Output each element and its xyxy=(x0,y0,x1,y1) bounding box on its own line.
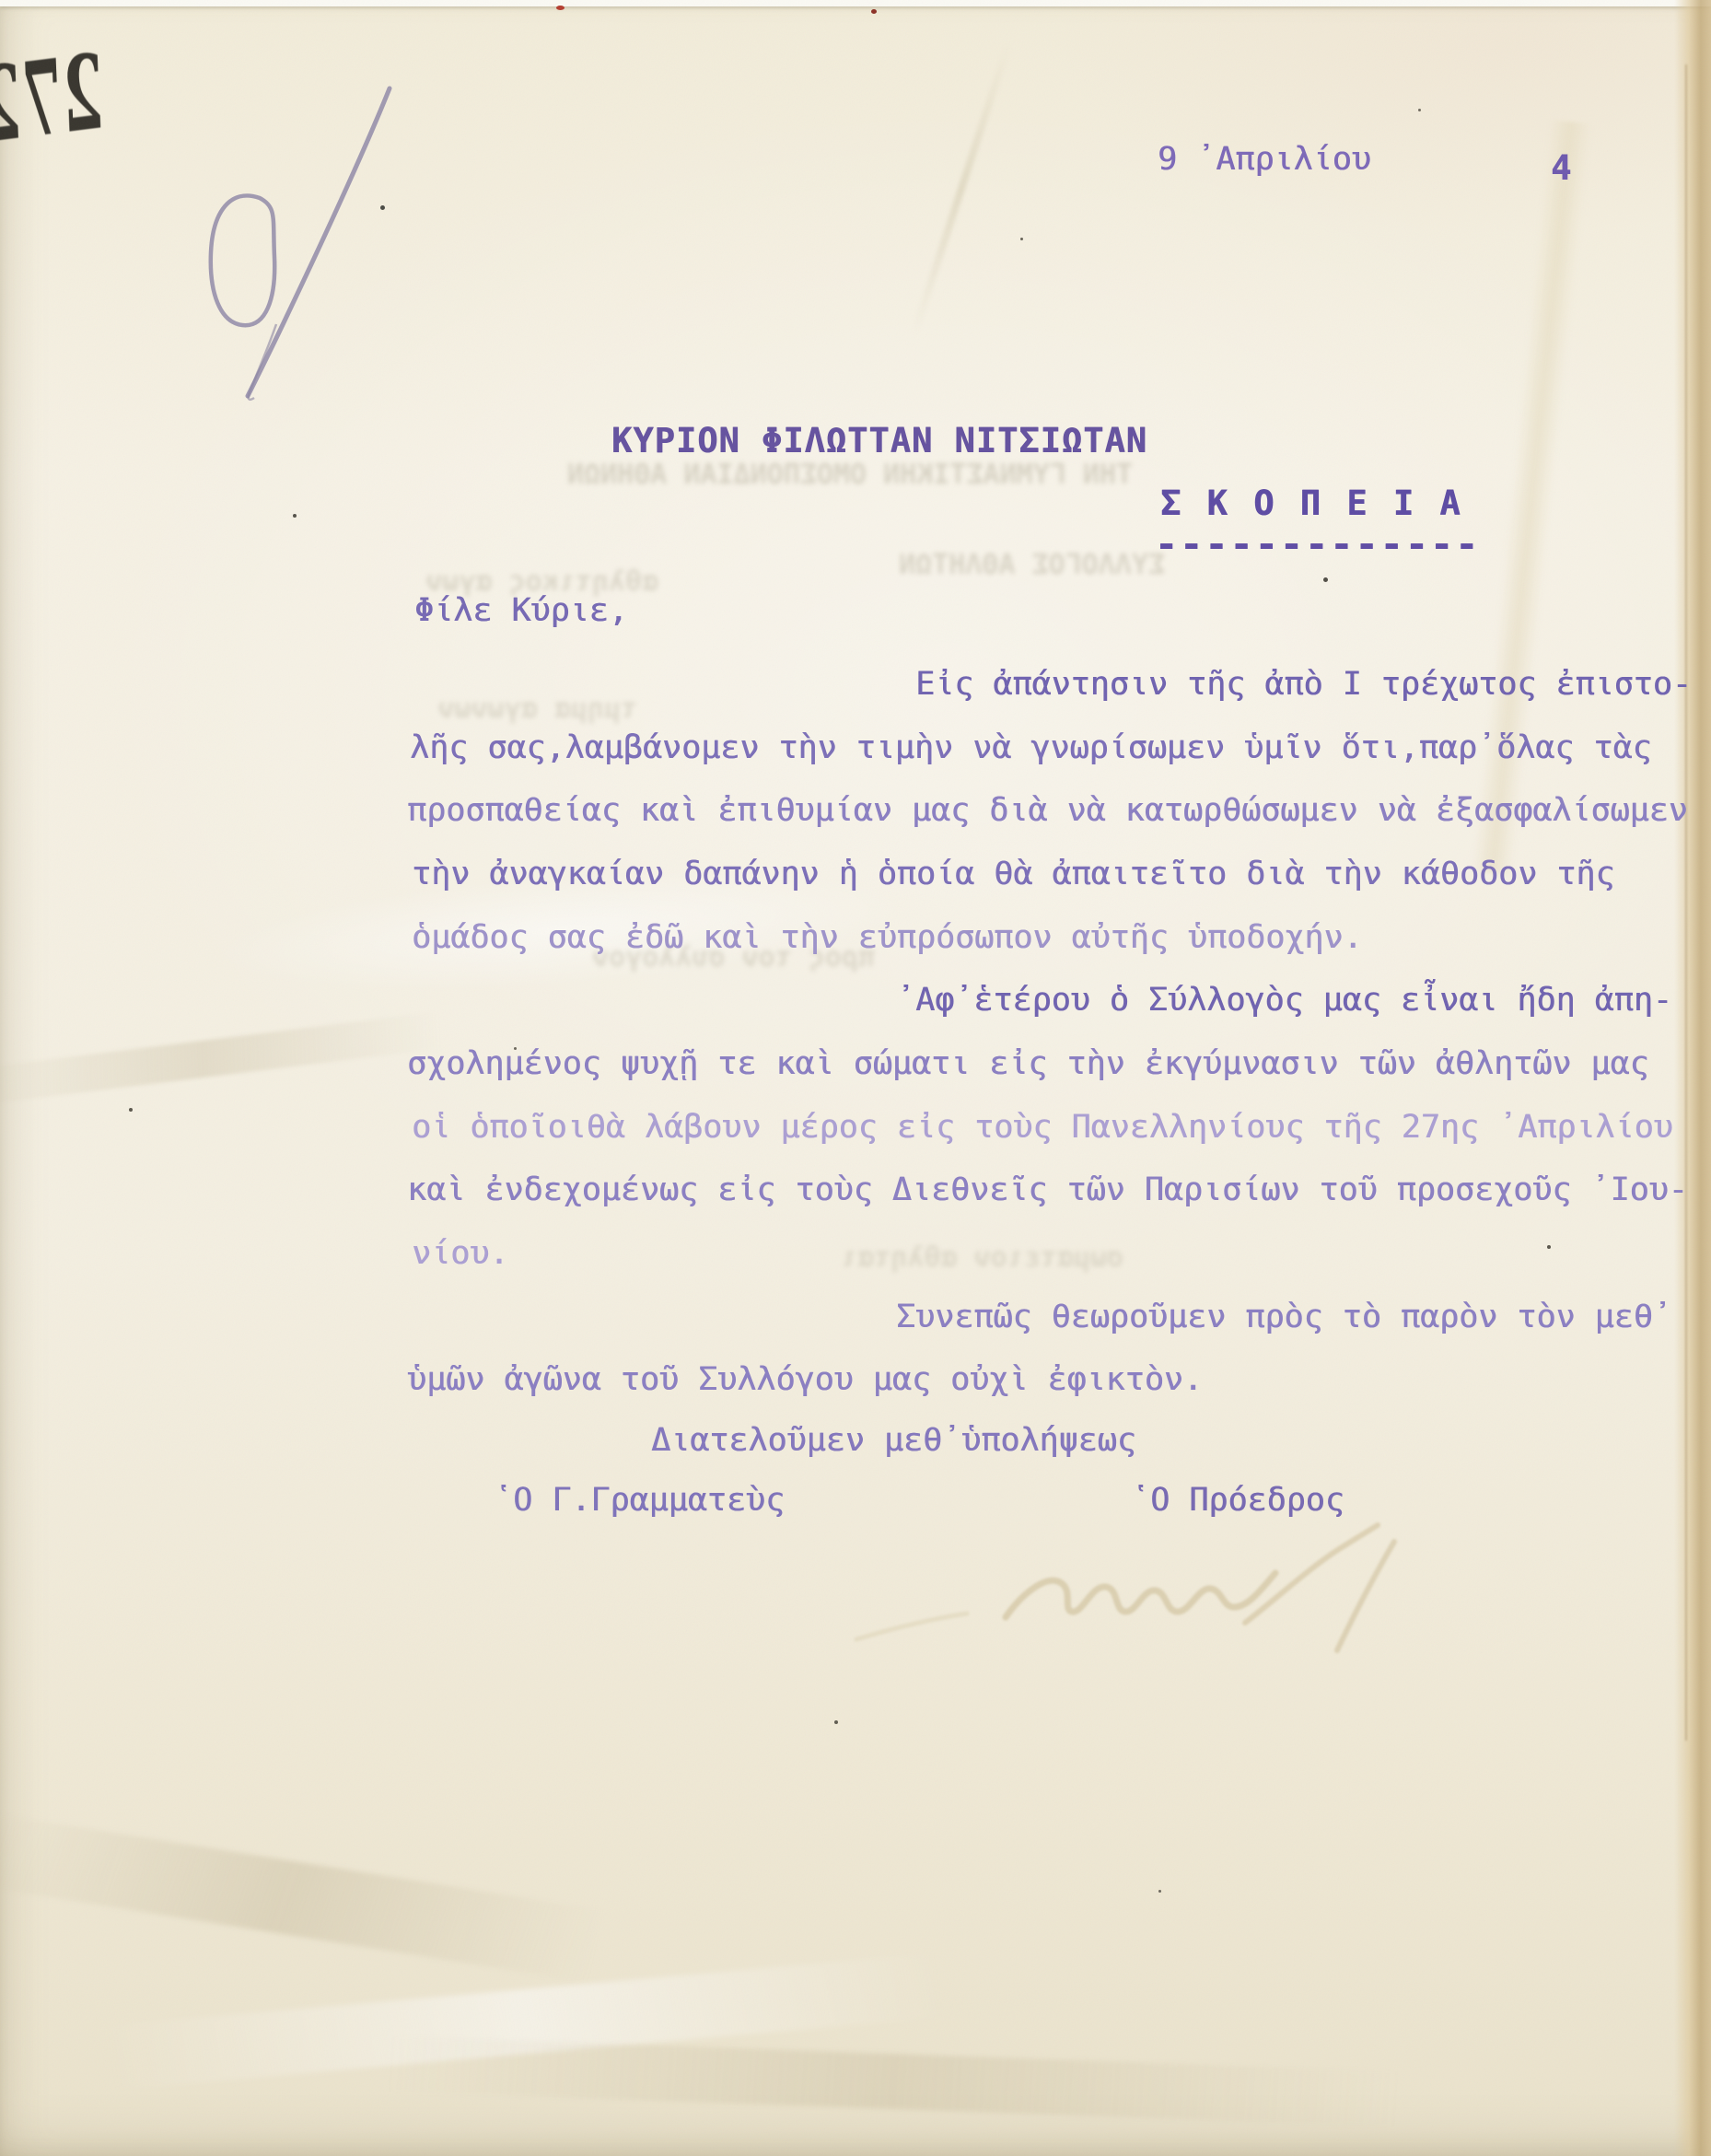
paper-crease xyxy=(911,43,1012,334)
body-line: ὁμάδος σας ἐδῶ καὶ τὴν εὐπρόσωπον αὐτῆς … xyxy=(412,919,1363,956)
salutation: Φίλε Κύριε, xyxy=(414,591,628,632)
body-line: ᾽Αφ᾽ἑτέρου ὁ Σύλλογὸς μας εἶναι ἤδη ἀπη- xyxy=(896,982,1672,1019)
ink-speck xyxy=(834,1720,838,1724)
ink-speck xyxy=(1547,1245,1551,1249)
body-line: Συνεπῶς θεωροῦμεν πρὸς τὸ παρὸν τὸν μεθ᾽ xyxy=(896,1299,1672,1335)
president-title: ῾Ο Πρόεδρος xyxy=(1131,1481,1344,1521)
bleedthrough-text: σωματειον αθληται xyxy=(645,1241,1123,1274)
ink-speck xyxy=(293,514,297,518)
body-line: Εἰς ἀπάντησιν τῆς ἀπὸ Ι τρέχωτος ἐπιστο- xyxy=(915,666,1692,703)
recipient-name: ΚΥΡΙΟΝ ΦΙΛΩΤΤΑΝ ΝΙΤΣΙΩΤΑΝ xyxy=(611,420,1147,462)
bleedthrough-text: ΣΥΛΛΟΓΟΣ ΑΘΛΗΤΩΝ xyxy=(732,549,1165,581)
body-line: οἱ ὁποῖοιθὰ λάβουν μέρος εἰς τοὺς Πανελλ… xyxy=(412,1109,1673,1146)
body-line: σχολημένος ψυχῇ τε καὶ σώματι εἰς τὴν ἐκ… xyxy=(407,1045,1649,1082)
body-line: ὑμῶν ἀγῶνα τοῦ Συλλόγου μας οὐχὶ ἐφικτὸν… xyxy=(407,1361,1203,1398)
ink-speck xyxy=(1158,1890,1161,1893)
date-line: 9 ᾽Απριλίου xyxy=(1158,140,1371,181)
ink-speck xyxy=(1418,109,1421,111)
red-ink-speck xyxy=(556,6,565,10)
ink-speck xyxy=(1323,577,1328,582)
paper-crease xyxy=(0,1011,442,1106)
valediction: Διατελοῦμεν μεθ᾽ὑπολήψεως xyxy=(651,1421,1136,1462)
body-line: τὴν ἀναγκαίαν δαπάνην ἡ ὁποία θὰ ἀπαιτεῖ… xyxy=(412,856,1614,892)
paper-crease xyxy=(0,1812,600,1982)
red-ink-speck xyxy=(871,9,877,14)
paper-crease xyxy=(386,2036,1400,2127)
bleedthrough-text: ΤΗΝ ΓΥΜΝΑΣΤΙΚΗΝ ΟΜΟΣΠΟΝΔΙΑΝ ΑΘΗΝΩΝ xyxy=(276,459,1133,491)
secretary-title: ῾Ο Γ.Γραμματεὺς xyxy=(494,1481,785,1521)
ink-speck xyxy=(129,1108,133,1112)
right-edge-fold xyxy=(1674,0,1711,2156)
ink-speck xyxy=(1020,238,1023,240)
archival-number: 272 xyxy=(0,28,106,171)
place-underline: ------------- xyxy=(1155,521,1480,568)
body-line: προσπαθείας καὶ ἐπιθυμίαν μας διὰ νὰ κατ… xyxy=(407,792,1688,829)
scanned-letter-page: ΤΗΝ ΓΥΜΝΑΣΤΙΚΗΝ ΟΜΟΣΠΟΝΔΙΑΝ ΑΘΗΝΩΝ ΣΥΛΛΟ… xyxy=(0,0,1711,2156)
paper-top-edge xyxy=(0,0,1711,6)
place-name: Σ Κ Ο Π Ε Ι Α xyxy=(1160,483,1463,525)
paper-crease xyxy=(110,1953,941,2090)
body-line: λῆς σας,λαμβάνομεν τὴν τιμὴν νὰ γνωρίσωμ… xyxy=(410,729,1652,766)
ink-speck xyxy=(380,205,385,210)
bleedthrough-text: τμημα αγωνων xyxy=(269,693,637,725)
body-line: καὶ ἐνδεχομένως εἰς τοὺς Διεθνεῖς τῶν Πα… xyxy=(407,1171,1688,1208)
page-number: 4 xyxy=(1551,147,1571,190)
right-edge-fold-line xyxy=(1685,64,1687,1741)
body-line: νίου. xyxy=(412,1235,508,1272)
